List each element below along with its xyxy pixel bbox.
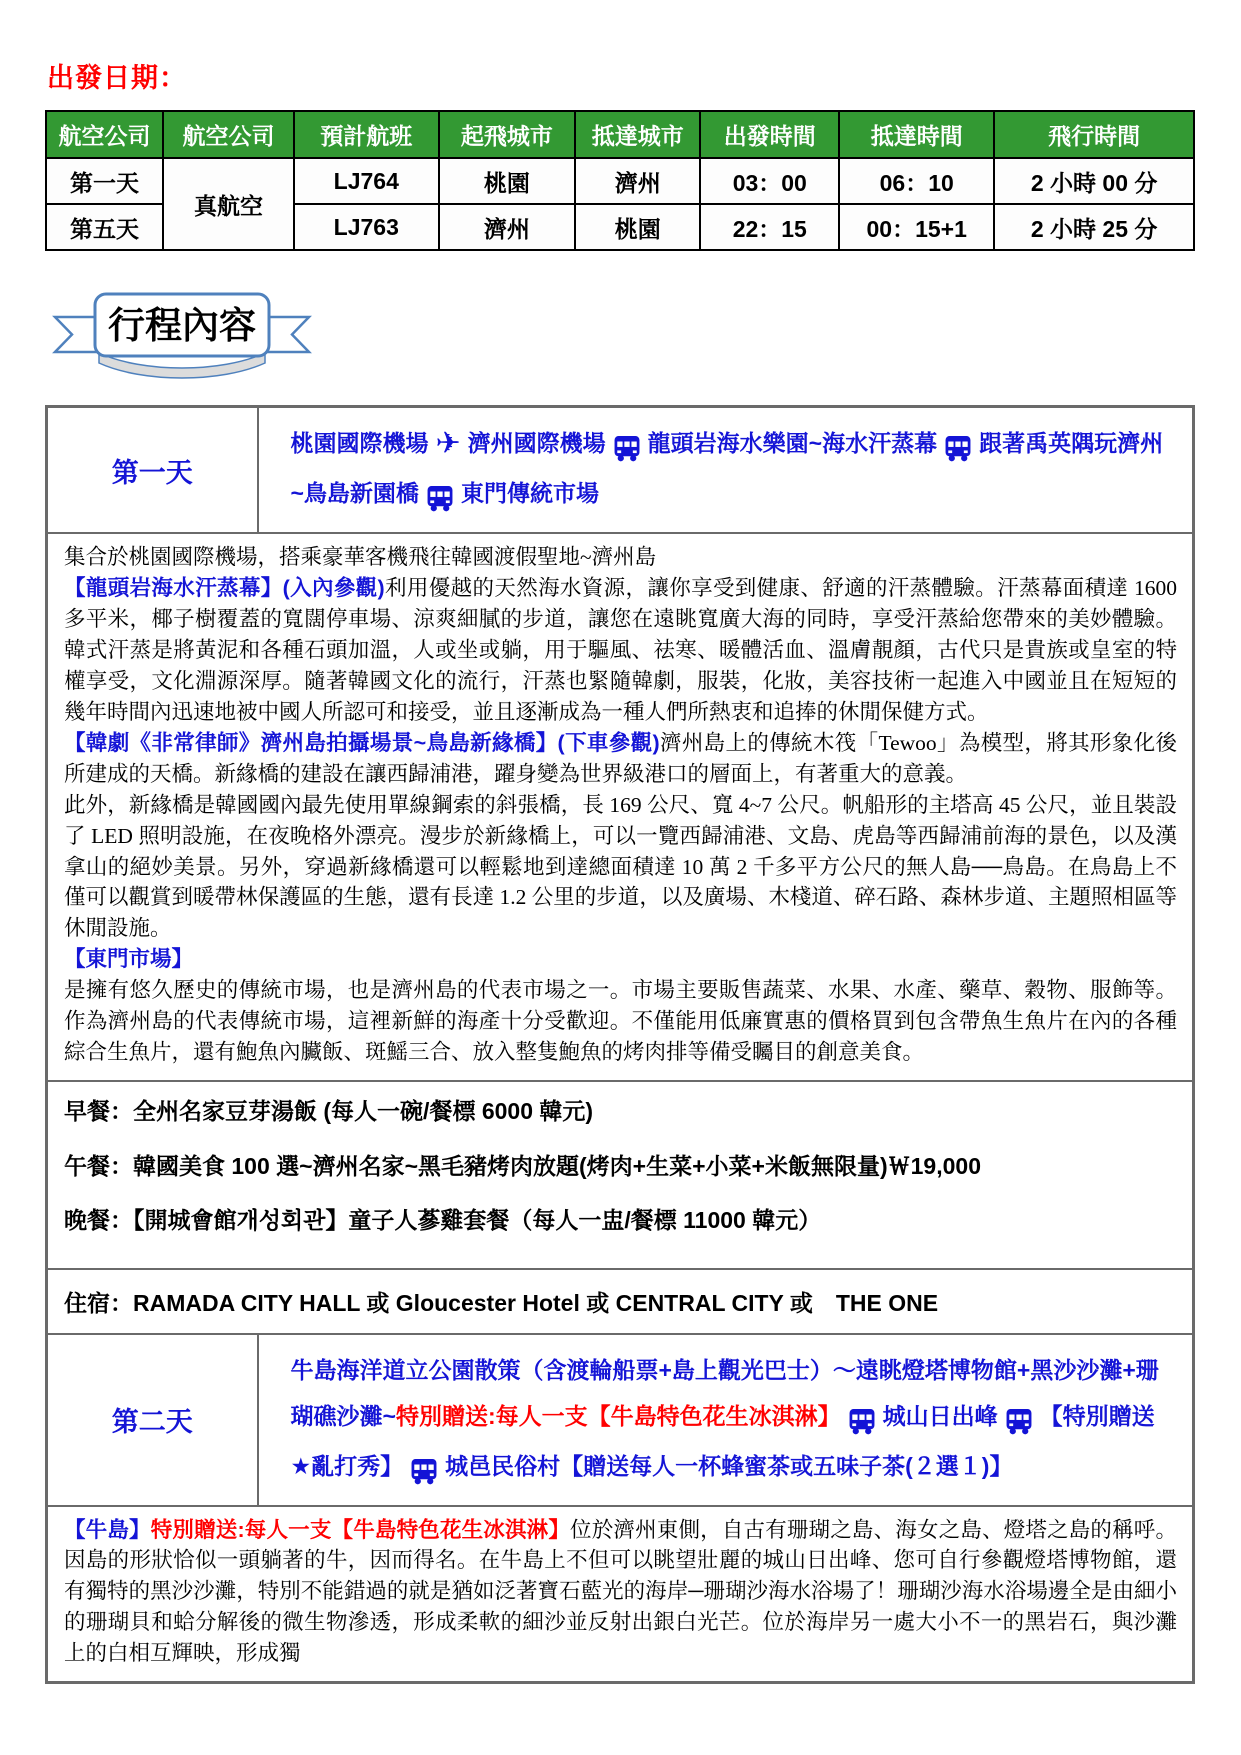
text-segment: 此外，新緣橋是韓國國內最先使用單線鋼索的斜張橋，長 169 公尺、寬 4~7 公…	[64, 793, 1177, 941]
text-segment: 集合於桃園國際機場，搭乘豪華客機飛往韓國渡假聖地~濟州島	[64, 545, 656, 569]
flight-header-cell: 預計航班	[294, 111, 439, 158]
day1-meals-row: 早餐：全州名家豆芽湯飯 (每人一碗/餐標 6000 韓元) 午餐：韓國美食 10…	[47, 1081, 1194, 1268]
text-segment: 城邑民俗村【贈送每人一杯蜂蜜茶或五味子茶(２選１)】	[445, 1453, 1012, 1479]
flight-airline: 真航空	[163, 158, 294, 250]
day1-lodging: 住宿：RAMADA CITY HALL 或 Gloucester Hotel 或…	[47, 1269, 1194, 1334]
day2-label: 第二天	[47, 1334, 258, 1506]
text-segment: 城山日出峰	[883, 1403, 998, 1429]
day1-meals: 早餐：全州名家豆芽湯飯 (每人一碗/餐標 6000 韓元) 午餐：韓國美食 10…	[47, 1081, 1194, 1268]
flight-header-cell: 出發時間	[700, 111, 839, 158]
text-segment: 【牛島】	[64, 1518, 151, 1542]
paragraph: 是擁有悠久歷史的傳統市場，也是濟州島的代表市場之一。市場主要販售蔬菜、水果、水產…	[64, 975, 1177, 1068]
bus-icon	[426, 474, 454, 520]
flight-departure-time: 03：00	[700, 158, 839, 204]
flight-header-cell: 飛行時間	[994, 111, 1194, 158]
ribbon-left-tail	[55, 317, 99, 352]
text-segment: 【東門市場】	[64, 947, 193, 971]
itinerary-banner-ribbon: 行程內容	[51, 291, 1195, 385]
day1-notes: 集合於桃園國際機場，搭乘豪華客機飛往韓國渡假聖地~濟州島 【龍頭岩海水汗蒸幕】(…	[47, 533, 1194, 1081]
flight-day: 第五天	[46, 204, 163, 250]
text-segment: 特別贈送:每人一支【牛島特色花生冰淇淋】	[151, 1518, 570, 1542]
paragraph: 此外，新緣橋是韓國國內最先使用單線鋼索的斜張橋，長 169 公尺、寬 4~7 公…	[64, 790, 1177, 945]
bus-icon	[410, 1447, 438, 1493]
plane-icon: ✈	[436, 429, 461, 459]
flight-to: 濟州	[575, 158, 700, 204]
paragraph: 【東門市場】	[64, 944, 1177, 975]
breakfast-line: 早餐：全州名家豆芽湯飯 (每人一碗/餐標 6000 韓元)	[64, 1098, 1177, 1124]
text-segment: 【龍頭岩海水汗蒸幕】(入內參觀)	[64, 576, 385, 600]
paragraph: 【韓劇《非常律師》濟州島拍攝場景~鳥島新緣橋】(下車參觀)濟州島上的傳統木筏「T…	[64, 728, 1177, 790]
lunch-line: 午餐：韓國美食 100 選~濟州名家~黑毛豬烤肉放題(烤肉+生菜+小菜+米飯無限…	[64, 1153, 1177, 1179]
text-segment: 特別贈送:每人一支【牛島特色花生冰淇淋】	[396, 1403, 841, 1429]
flight-number: LJ763	[294, 204, 439, 250]
flight-header-cell: 抵達時間	[839, 111, 994, 158]
flight-arrival-time: 06：10	[839, 158, 994, 204]
flight-day: 第一天	[46, 158, 163, 204]
document-page: 出發日期： 航空公司 航空公司 預計航班 起飛城市 抵達城市 出發時間 抵達時間…	[0, 0, 1241, 1755]
dinner-line: 晚餐：【開城會館개성회관】童子人蔘雞套餐（每人一盅/餐標 11000 韓元）	[64, 1207, 1177, 1233]
flight-header-cell: 抵達城市	[575, 111, 700, 158]
flight-header-cell: 起飛城市	[439, 111, 576, 158]
day2-title-row: 第二天 牛島海洋道立公園散策（含渡輪船票+島上觀光巴士）～遠眺燈塔博物館+黑沙沙…	[47, 1334, 1194, 1506]
bus-icon	[944, 424, 972, 470]
flight-from: 桃園	[439, 158, 576, 204]
banner-label: 行程內容	[108, 305, 256, 346]
day1-label: 第一天	[47, 407, 258, 534]
flight-to: 桃園	[575, 204, 700, 250]
paragraph: 【牛島】特別贈送:每人一支【牛島特色花生冰淇淋】位於濟州東側，自古有珊瑚之島、海…	[64, 1515, 1177, 1670]
flight-departure-time: 22：15	[700, 204, 839, 250]
flight-header-cell: 航空公司	[163, 111, 294, 158]
ribbon-right-tail	[265, 317, 309, 352]
bus-icon	[613, 424, 641, 470]
day2-notes: 【牛島】特別贈送:每人一支【牛島特色花生冰淇淋】位於濟州東側，自古有珊瑚之島、海…	[47, 1506, 1194, 1683]
paragraph: 【龍頭岩海水汗蒸幕】(入內參觀)利用優越的天然海水資源，讓你享受到健康、舒適的汗…	[64, 573, 1177, 728]
itinerary-table: 第一天 桃園國際機場✈濟州國際機場龍頭岩海水樂園~海水汗蒸幕跟著禹英隅玩濟州~鳥…	[45, 405, 1195, 1684]
day1-notes-row: 集合於桃園國際機場，搭乘豪華客機飛往韓國渡假聖地~濟州島 【龍頭岩海水汗蒸幕】(…	[47, 533, 1194, 1081]
flight-number: LJ764	[294, 158, 439, 204]
flight-header-cell: 航空公司	[46, 111, 163, 158]
departure-heading: 出發日期：	[47, 56, 1195, 95]
flight-duration: 2 小時 00 分	[994, 158, 1194, 204]
text-segment: 龍頭岩海水樂園~海水汗蒸幕	[648, 430, 937, 456]
text-segment: 濟州國際機場	[468, 430, 606, 456]
flight-table-header-row: 航空公司 航空公司 預計航班 起飛城市 抵達城市 出發時間 抵達時間 飛行時間	[46, 111, 1194, 158]
flight-from: 濟州	[439, 204, 576, 250]
flight-duration: 2 小時 25 分	[994, 204, 1194, 250]
bus-icon	[1005, 1397, 1033, 1443]
flight-table: 航空公司 航空公司 預計航班 起飛城市 抵達城市 出發時間 抵達時間 飛行時間 …	[45, 110, 1195, 251]
day1-title-row: 第一天 桃園國際機場✈濟州國際機場龍頭岩海水樂園~海水汗蒸幕跟著禹英隅玩濟州~鳥…	[47, 407, 1194, 534]
paragraph: 集合於桃園國際機場，搭乘豪華客機飛往韓國渡假聖地~濟州島	[64, 542, 1177, 573]
text-segment: 東門傳統市場	[461, 480, 599, 506]
flight-row: 第一天 真航空 LJ764 桃園 濟州 03：00 06：10 2 小時 00 …	[46, 158, 1194, 204]
text-segment: 桃園國際機場	[291, 430, 429, 456]
bus-icon	[848, 1397, 876, 1443]
day1-lodging-row: 住宿：RAMADA CITY HALL 或 Gloucester Hotel 或…	[47, 1269, 1194, 1334]
day1-title: 桃園國際機場✈濟州國際機場龍頭岩海水樂園~海水汗蒸幕跟著禹英隅玩濟州~鳥島新園橋…	[258, 407, 1194, 534]
day2-notes-row: 【牛島】特別贈送:每人一支【牛島特色花生冰淇淋】位於濟州東側，自古有珊瑚之島、海…	[47, 1506, 1194, 1683]
flight-arrival-time: 00：15+1	[839, 204, 994, 250]
text-segment: 是擁有悠久歷史的傳統市場，也是濟州島的代表市場之一。市場主要販售蔬菜、水果、水產…	[64, 978, 1177, 1064]
day2-title: 牛島海洋道立公園散策（含渡輪船票+島上觀光巴士）～遠眺燈塔博物館+黑沙沙灘+珊瑚…	[258, 1334, 1194, 1506]
text-segment: 【韓劇《非常律師》濟州島拍攝場景~鳥島新緣橋】(下車參觀)	[64, 731, 660, 755]
